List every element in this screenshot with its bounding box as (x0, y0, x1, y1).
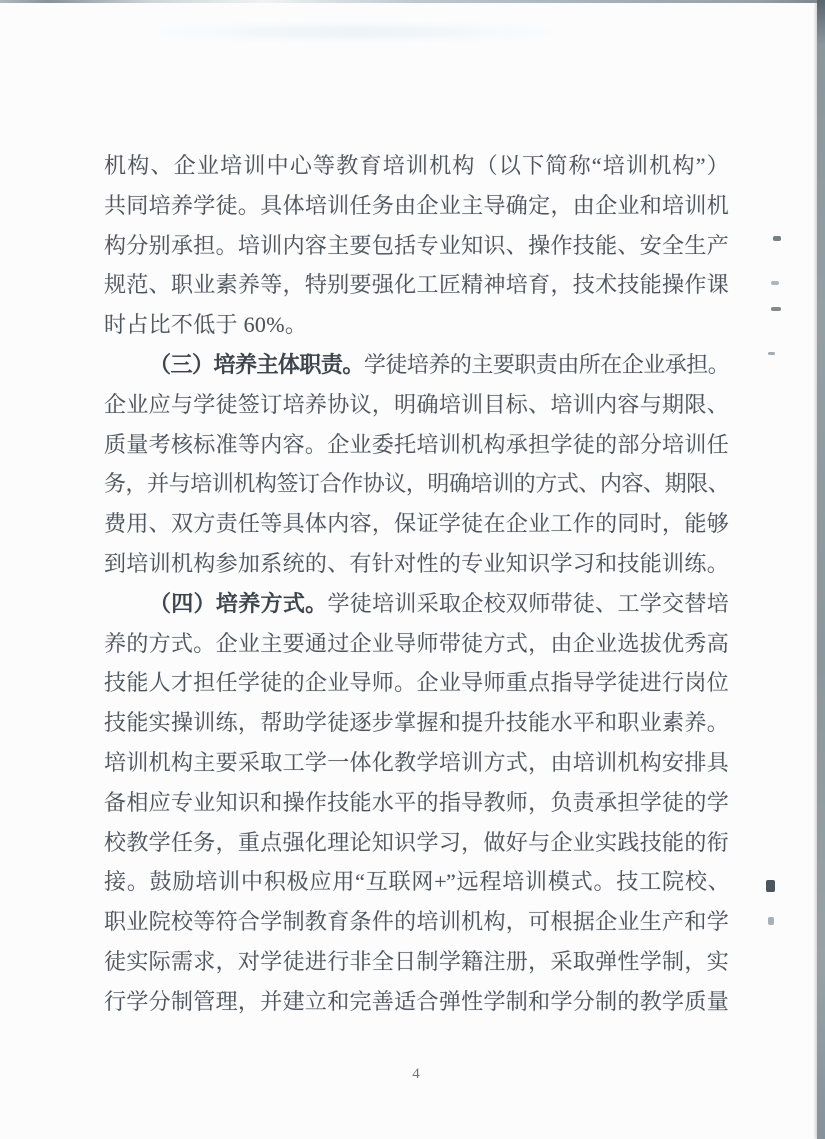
text-line-heading: （三）培养主体职责。学徒培养的主要职责由所在企业承担。 (104, 345, 729, 385)
text-line: 行学分制管理，并建立和完善适合弹性学制和学分制的教学质量 (104, 982, 729, 1022)
text-segment: 技能实操训练，帮助学徒逐步掌握和提升技能水平和职业素养。 (104, 710, 729, 735)
text-segment: 职业院校等符合学制教育条件的培训机构，可根据企业生产和学 (104, 909, 729, 934)
text-segment: 质量考核标准等内容。企业委托培训机构承担学徒的部分培训任 (104, 432, 729, 457)
text-segment: 养的方式。企业主要通过企业导师带徒方式，由企业选拔优秀高 (104, 631, 729, 656)
text-line: 质量考核标准等内容。企业委托培训机构承担学徒的部分培训任 (104, 425, 729, 465)
text-line: 构分别承担。培训内容主要包括专业知识、操作技能、安全生产 (104, 226, 729, 266)
document-page: 机构、企业培训中心等教育培训机构（以下简称“培训机构”）共同培养学徒。具体培训任… (0, 0, 825, 1139)
scan-artifact-top-edge (0, 0, 825, 3)
text-segment: 共同培养学徒。具体培训任务由企业主导确定，由企业和培训机 (104, 193, 729, 218)
text-line: 职业院校等符合学制教育条件的培训机构，可根据企业生产和学 (104, 902, 729, 942)
page-body: 机构、企业培训中心等教育培训机构（以下简称“培训机构”）共同培养学徒。具体培训任… (104, 146, 729, 1022)
section-heading: （四）培养方式。 (149, 591, 327, 616)
text-line: 培训机构主要采取工学一体化教学培训方式，由培训机构安排具 (104, 743, 729, 783)
text-line: 共同培养学徒。具体培训任务由企业主导确定，由企业和培训机 (104, 186, 729, 226)
text-line: 技能人才担任学徒的企业导师。企业导师重点指导学徒进行岗位 (104, 663, 729, 703)
text-line: 规范、职业素养等，特别要强化工匠精神培育，技术技能操作课 (104, 265, 729, 305)
text-segment: 到培训机构参加系统的、有针对性的专业知识学习和技能训练。 (104, 551, 729, 576)
text-line-heading: （四）培养方式。学徒培训采取企校双师带徒、工学交替培 (104, 584, 729, 624)
text-segment: 校教学任务，重点强化理论知识学习，做好与企业实践技能的衔 (104, 830, 729, 855)
scan-speck (773, 236, 781, 241)
text-segment: 时占比不低于 60%。 (104, 312, 307, 337)
text-line: 接。鼓励培训中积极应用“互联网+”远程培训模式。技工院校、 (104, 862, 729, 902)
text-line: 徒实际需求，对学徒进行非全日制学籍注册，采取弹性学制，实 (104, 942, 729, 982)
text-segment: 学徒培训采取企校双师带徒、工学交替培 (327, 591, 729, 616)
text-segment: 技能人才担任学徒的企业导师。企业导师重点指导学徒进行岗位 (104, 670, 729, 695)
scan-speck (766, 880, 775, 892)
text-line: 备相应专业知识和操作技能水平的指导教师，负责承担学徒的学 (104, 783, 729, 823)
text-segment: 费用、双方责任等具体内容，保证学徒在企业工作的同时，能够 (104, 511, 729, 536)
text-segment: 务，并与培训机构签订合作协议，明确培训的方式、内容、期限、 (104, 471, 729, 496)
text-segment: 企业应与学徒签订培养协议，明确培训目标、培训内容与期限、 (104, 392, 729, 417)
text-line: 养的方式。企业主要通过企业导师带徒方式，由企业选拔优秀高 (104, 624, 729, 664)
scan-speck (771, 281, 779, 285)
text-line: 机构、企业培训中心等教育培训机构（以下简称“培训机构”） (104, 146, 729, 186)
text-segment: 学徒培养的主要职责由所在企业承担。 (364, 352, 729, 377)
text-segment: 徒实际需求，对学徒进行非全日制学籍注册，采取弹性学制，实 (104, 949, 729, 974)
scan-speck (768, 917, 774, 925)
section-heading: （三）培养主体职责。 (149, 352, 364, 377)
text-line: 费用、双方责任等具体内容，保证学徒在企业工作的同时，能够 (104, 504, 729, 544)
scan-speck (771, 307, 781, 311)
scan-speck (768, 352, 775, 355)
scan-artifact-right-edge (817, 0, 825, 1139)
text-segment: 培训机构主要采取工学一体化教学培训方式，由培训机构安排具 (104, 750, 729, 775)
text-segment: 机构、企业培训中心等教育培训机构（以下简称“培训机构”） (104, 153, 729, 178)
text-segment: 备相应专业知识和操作技能水平的指导教师，负责承担学徒的学 (104, 790, 729, 815)
scan-artifact-haze (140, 22, 570, 42)
text-segment: 构分别承担。培训内容主要包括专业知识、操作技能、安全生产 (104, 233, 729, 258)
text-line: 技能实操训练，帮助学徒逐步掌握和提升技能水平和职业素养。 (104, 703, 729, 743)
text-line: 务，并与培训机构签订合作协议，明确培训的方式、内容、期限、 (104, 464, 729, 504)
text-line: 到培训机构参加系统的、有针对性的专业知识学习和技能训练。 (104, 544, 729, 584)
text-line: 校教学任务，重点强化理论知识学习，做好与企业实践技能的衔 (104, 823, 729, 863)
text-segment: 接。鼓励培训中积极应用“互联网+”远程培训模式。技工院校、 (104, 869, 729, 894)
page-number: 4 (104, 1066, 729, 1083)
text-segment: 规范、职业素养等，特别要强化工匠精神培育，技术技能操作课 (104, 272, 729, 297)
text-line: 时占比不低于 60%。 (104, 305, 729, 345)
text-line: 企业应与学徒签订培养协议，明确培训目标、培训内容与期限、 (104, 385, 729, 425)
text-segment: 行学分制管理，并建立和完善适合弹性学制和学分制的教学质量 (104, 989, 729, 1014)
